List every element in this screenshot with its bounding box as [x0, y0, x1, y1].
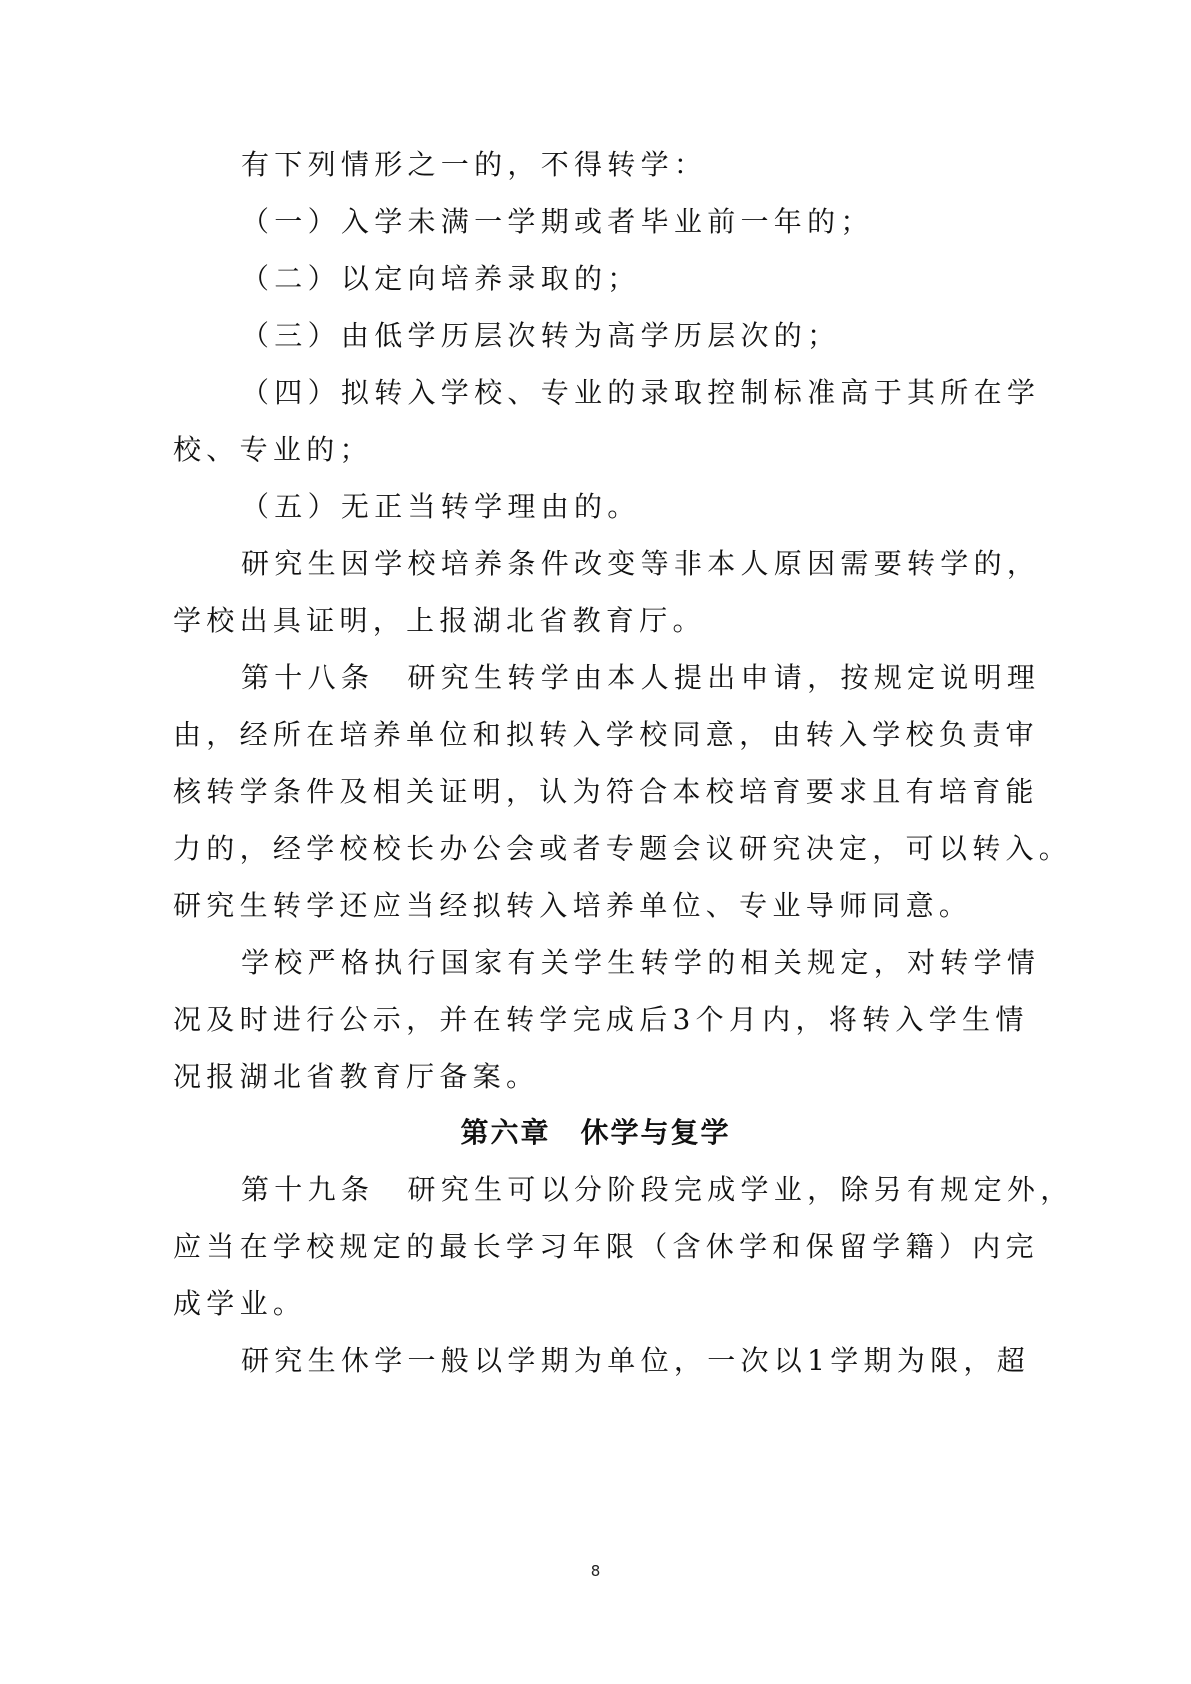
article-18-line: 第十八条 研究生转学由本人提出申请，按规定说明理 [241, 658, 1101, 698]
paragraph-line: 况及时进行公示，并在转学完成后3个月内，将转入学生情 [173, 1000, 1033, 1040]
paragraph-line: 研究生因学校培养条件改变等非本人原因需要转学的， [241, 544, 1101, 584]
paragraph-line: 有下列情形之一的，不得转学： [241, 145, 1101, 185]
paragraph-line: 应当在学校规定的最长学习年限（含休学和保留学籍）内完 [173, 1227, 1033, 1267]
article-19-line: 第十九条 研究生可以分阶段完成学业，除另有规定外， [241, 1170, 1101, 1210]
list-item: （三）由低学历层次转为高学历层次的； [241, 316, 1101, 356]
list-item: （四）拟转入学校、专业的录取控制标准高于其所在学 [241, 373, 1101, 413]
paragraph-line: 研究生转学还应当经拟转入培养单位、专业导师同意。 [173, 886, 1033, 926]
paragraph-line: 学校出具证明，上报湖北省教育厅。 [173, 601, 1033, 641]
list-item: （一）入学未满一学期或者毕业前一年的； [241, 202, 1101, 242]
paragraph-line: 由，经所在培养单位和拟转入学校同意，由转入学校负责审 [173, 715, 1033, 755]
paragraph-line: 成学业。 [173, 1284, 1033, 1324]
paragraph-line: 力的，经学校校长办公会或者专题会议研究决定，可以转入。 [173, 829, 1033, 869]
paragraph-line: 况报湖北省教育厅备案。 [173, 1057, 1033, 1097]
paragraph-line: 校、专业的； [173, 430, 1033, 470]
list-item: （五）无正当转学理由的。 [241, 487, 1101, 527]
paragraph-line: 学校严格执行国家有关学生转学的相关规定，对转学情 [241, 943, 1101, 983]
list-item: （二）以定向培养录取的； [241, 259, 1101, 299]
document-page: 有下列情形之一的，不得转学： （一）入学未满一学期或者毕业前一年的； （二）以定… [0, 0, 1191, 1684]
paragraph-line: 研究生休学一般以学期为单位，一次以1学期为限，超 [241, 1341, 1101, 1381]
chapter-heading: 第六章 休学与复学 [0, 1113, 1191, 1153]
page-number: 8 [0, 1562, 1191, 1580]
paragraph-line: 核转学条件及相关证明，认为符合本校培育要求且有培育能 [173, 772, 1033, 812]
